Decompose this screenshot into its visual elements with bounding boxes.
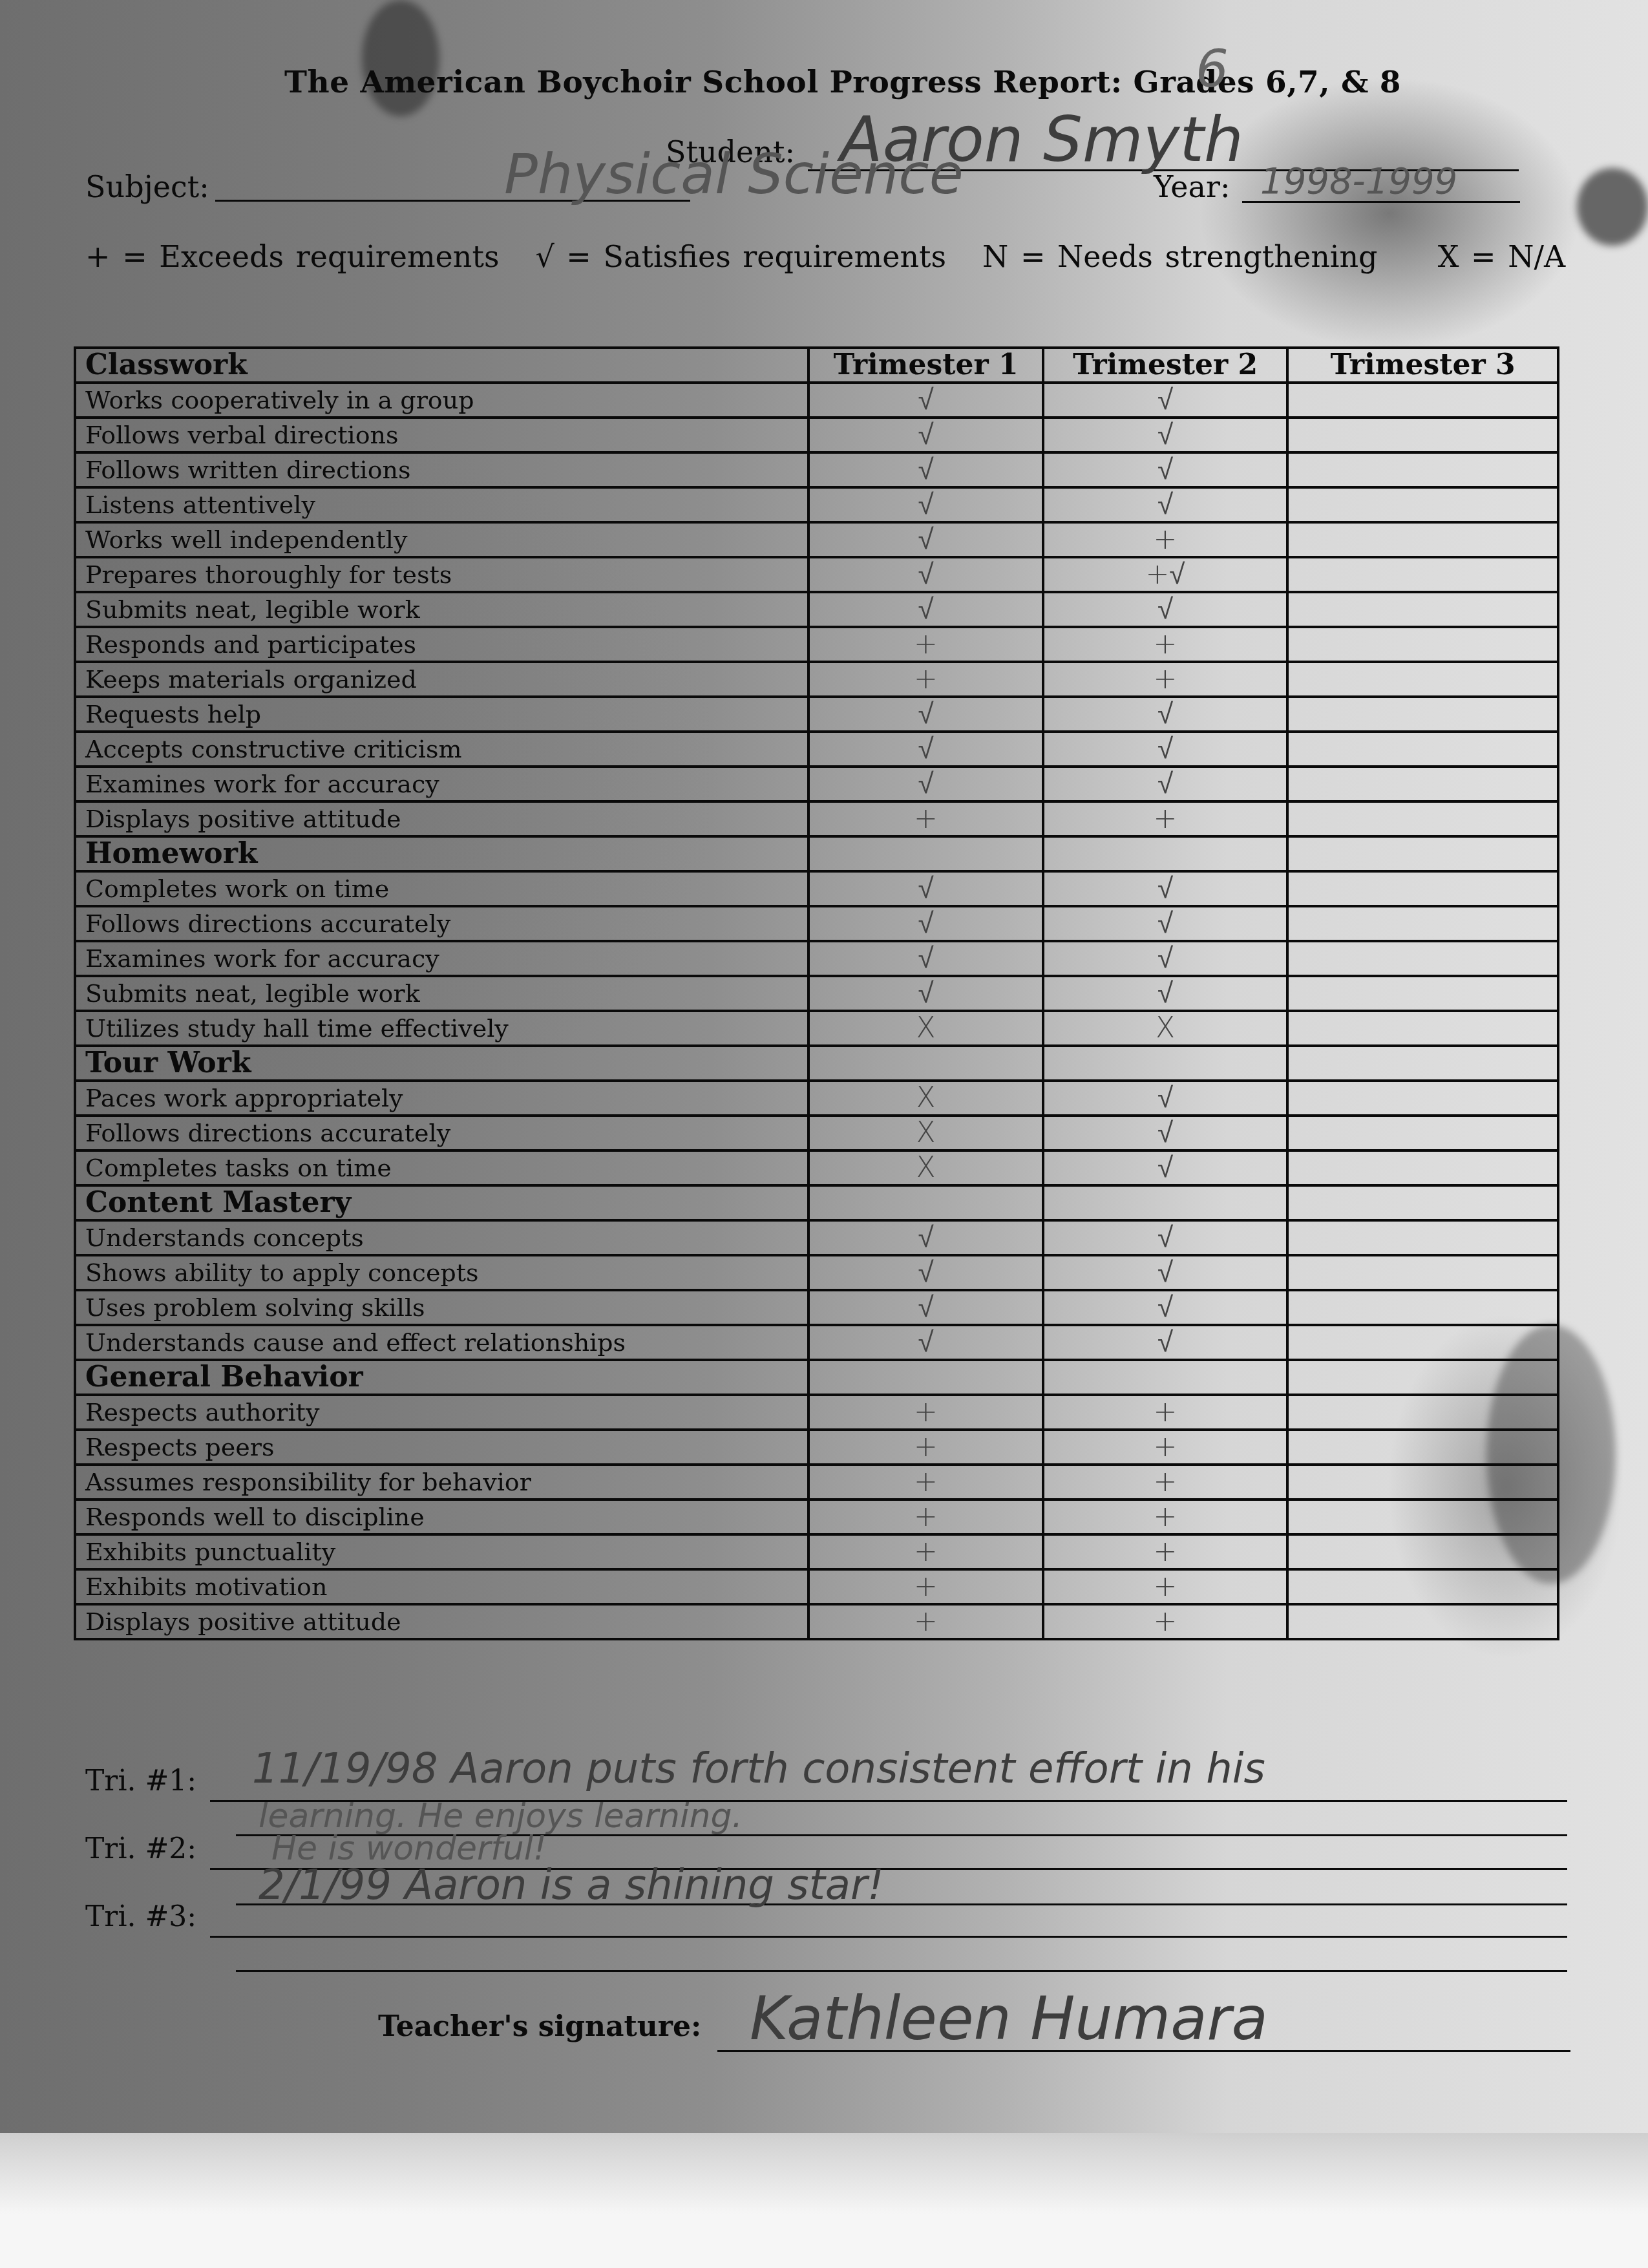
circled-grade: 6 — [1196, 39, 1229, 99]
trimester-2-mark[interactable]: √ — [1043, 941, 1287, 976]
trimester-1-mark[interactable]: + — [808, 1604, 1043, 1639]
trimester-2-mark[interactable]: √ — [1043, 383, 1287, 418]
subject-label: Subject: — [85, 169, 209, 204]
trimester-1-mark[interactable]: √ — [808, 871, 1043, 906]
trimester-2-mark[interactable]: √ — [1043, 976, 1287, 1011]
trimester-1-mark[interactable]: √ — [808, 732, 1043, 767]
trimester-2-mark[interactable]: √ — [1043, 871, 1287, 906]
trimester-1-mark[interactable]: √ — [808, 906, 1043, 941]
criterion-label: Completes work on time — [75, 871, 808, 906]
trimester-2-mark[interactable]: X — [1043, 1011, 1287, 1046]
grading-legend: + = Exceeds requirements √ = Satisfies r… — [85, 239, 1565, 274]
table-row: Follows verbal directions√√ — [75, 418, 1558, 452]
trimester-3-mark[interactable] — [1287, 1150, 1558, 1185]
criterion-label: Keeps materials organized — [75, 662, 808, 697]
criterion-label: Follows written directions — [75, 452, 808, 487]
trimester-1-mark[interactable]: X — [808, 1150, 1043, 1185]
table-row: Examines work for accuracy√√ — [75, 941, 1558, 976]
trimester-2-mark[interactable]: √ — [1043, 452, 1287, 487]
trimester-1-mark[interactable]: √ — [808, 557, 1043, 592]
table-row: Submits neat, legible work√√ — [75, 976, 1558, 1011]
empty-cell — [808, 1185, 1043, 1220]
trimester-2-mark[interactable]: + — [1043, 662, 1287, 697]
trimester-3-mark[interactable] — [1287, 871, 1558, 906]
trimester-2-mark[interactable]: √ — [1043, 1290, 1287, 1325]
trimester-3-mark[interactable] — [1287, 1500, 1558, 1534]
trimester-1-mark[interactable]: √ — [808, 1255, 1043, 1290]
criterion-label: Completes tasks on time — [75, 1150, 808, 1185]
trimester-3-mark[interactable] — [1287, 1220, 1558, 1255]
criterion-label: Submits neat, legible work — [75, 592, 808, 627]
trimester-1-mark[interactable]: + — [808, 1395, 1043, 1430]
trimester-3-mark[interactable] — [1287, 383, 1558, 418]
trimester-2-mark[interactable]: √ — [1043, 906, 1287, 941]
trimester-2-mark[interactable]: √ — [1043, 1116, 1287, 1150]
trimester-2-mark[interactable]: +√ — [1043, 557, 1287, 592]
table-row: Listens attentively√√ — [75, 487, 1558, 522]
tri2-comment-line-2[interactable]: 2/1/99 Aaron is a shining star! — [259, 1861, 884, 1909]
section-heading: Tour Work — [75, 1046, 808, 1081]
tri3-label: Tri. #3: — [85, 1900, 196, 1933]
progress-table: Classwork Trimester 1 Trimester 2 Trimes… — [74, 346, 1559, 1640]
table-row: Requests help√√ — [75, 697, 1558, 732]
trimester-3-mark[interactable] — [1287, 522, 1558, 557]
empty-cell — [808, 836, 1043, 871]
trimester-2-mark[interactable]: + — [1043, 1500, 1287, 1534]
trimester-3-mark[interactable] — [1287, 1325, 1558, 1360]
table-row: Shows ability to apply concepts√√ — [75, 1255, 1558, 1290]
trimester-2-mark[interactable]: + — [1043, 1465, 1287, 1500]
trimester-3-mark[interactable] — [1287, 1569, 1558, 1604]
trimester-2-mark[interactable]: + — [1043, 1534, 1287, 1569]
year-label: Year: — [1154, 169, 1231, 204]
trimester-2-mark[interactable]: √ — [1043, 732, 1287, 767]
table-row: Follows written directions√√ — [75, 452, 1558, 487]
table-row: Responds and participates++ — [75, 627, 1558, 662]
criterion-label: Requests help — [75, 697, 808, 732]
column-header-trimester-2: Trimester 2 — [1043, 348, 1287, 383]
empty-cell — [1287, 1185, 1558, 1220]
trimester-2-mark[interactable]: + — [1043, 1430, 1287, 1465]
trimester-2-mark[interactable]: √ — [1043, 1325, 1287, 1360]
legend-needs: N = Needs strengthening — [982, 239, 1378, 274]
trimester-3-mark[interactable] — [1287, 732, 1558, 767]
teacher-signature[interactable]: Kathleen Humara — [750, 1984, 1268, 2053]
criterion-label: Uses problem solving skills — [75, 1290, 808, 1325]
trimester-1-mark[interactable]: √ — [808, 1220, 1043, 1255]
trimester-1-mark[interactable]: X — [808, 1081, 1043, 1116]
trimester-1-mark[interactable]: √ — [808, 1290, 1043, 1325]
trimester-3-mark[interactable] — [1287, 1290, 1558, 1325]
tri1-comment-line-1[interactable]: 11/19/98 Aaron puts forth consistent eff… — [252, 1745, 1265, 1793]
criterion-label: Respects peers — [75, 1430, 808, 1465]
table-row: Works well independently√+ — [75, 522, 1558, 557]
empty-cell — [1043, 1360, 1287, 1395]
trimester-3-mark[interactable] — [1287, 1604, 1558, 1639]
trimester-1-mark[interactable]: + — [808, 1500, 1043, 1534]
table-row: Paces work appropriatelyX√ — [75, 1081, 1558, 1116]
trimester-3-mark[interactable] — [1287, 1011, 1558, 1046]
criterion-label: Listens attentively — [75, 487, 808, 522]
trimester-1-mark[interactable]: √ — [808, 976, 1043, 1011]
trimester-2-mark[interactable]: + — [1043, 627, 1287, 662]
legend-satisfies: √ = Satisfies requirements — [535, 239, 946, 274]
trimester-3-mark[interactable] — [1287, 662, 1558, 697]
criterion-label: Displays positive attitude — [75, 801, 808, 836]
table-row: Displays positive attitude++ — [75, 801, 1558, 836]
trimester-2-mark[interactable]: √ — [1043, 1081, 1287, 1116]
criterion-label: Accepts constructive criticism — [75, 732, 808, 767]
table-row: Assumes responsibility for behavior++ — [75, 1465, 1558, 1500]
legend-exceeds: + = Exceeds requirements — [85, 239, 500, 274]
table-row: Utilizes study hall time effectivelyXX — [75, 1011, 1558, 1046]
trimester-1-mark[interactable]: X — [808, 1116, 1043, 1150]
header-row: Classwork Trimester 1 Trimester 2 Trimes… — [75, 348, 1558, 383]
section-row: Content Mastery — [75, 1185, 1558, 1220]
section-heading: General Behavior — [75, 1360, 808, 1395]
table-row: Submits neat, legible work√√ — [75, 592, 1558, 627]
column-header-trimester-1: Trimester 1 — [808, 348, 1043, 383]
table-row: Completes work on time√√ — [75, 871, 1558, 906]
legend-na: X = N/A — [1438, 239, 1566, 274]
trimester-2-mark[interactable]: √ — [1043, 592, 1287, 627]
criterion-label: Follows directions accurately — [75, 906, 808, 941]
table-row: Follows directions accurately√√ — [75, 906, 1558, 941]
trimester-3-mark[interactable] — [1287, 697, 1558, 732]
trimester-3-mark[interactable] — [1287, 801, 1558, 836]
section-heading: Homework — [75, 836, 808, 871]
tri2-label: Tri. #2: — [85, 1832, 196, 1865]
criterion-label: Paces work appropriately — [75, 1081, 808, 1116]
trimester-1-mark[interactable]: + — [808, 1534, 1043, 1569]
table-row: Follows directions accuratelyX√ — [75, 1116, 1558, 1150]
criterion-label: Responds and participates — [75, 627, 808, 662]
trimester-1-mark[interactable]: + — [808, 1430, 1043, 1465]
trimester-2-mark[interactable]: + — [1043, 1395, 1287, 1430]
criterion-label: Understands cause and effect relationshi… — [75, 1325, 808, 1360]
trimester-3-mark[interactable] — [1287, 487, 1558, 522]
table-row: Prepares thoroughly for tests√+√ — [75, 557, 1558, 592]
trimester-3-mark[interactable] — [1287, 1255, 1558, 1290]
criterion-label: Understands concepts — [75, 1220, 808, 1255]
table-row: Displays positive attitude++ — [75, 1604, 1558, 1639]
trimester-1-mark[interactable]: √ — [808, 522, 1043, 557]
criterion-label: Exhibits punctuality — [75, 1534, 808, 1569]
table-row: Completes tasks on timeX√ — [75, 1150, 1558, 1185]
empty-cell — [1287, 1360, 1558, 1395]
empty-cell — [1043, 1046, 1287, 1081]
criterion-label: Displays positive attitude — [75, 1604, 808, 1639]
trimester-1-mark[interactable]: + — [808, 1465, 1043, 1500]
year-value[interactable]: 1998-1999 — [1260, 160, 1457, 202]
table-row: Keeps materials organized++ — [75, 662, 1558, 697]
empty-cell — [808, 1360, 1043, 1395]
tri1-label: Tri. #1: — [85, 1765, 196, 1797]
trimester-1-mark[interactable]: + — [808, 627, 1043, 662]
section-heading: Classwork — [75, 348, 808, 383]
trimester-2-mark[interactable]: √ — [1043, 1255, 1287, 1290]
trimester-1-mark[interactable]: √ — [808, 767, 1043, 801]
trimester-3-mark[interactable] — [1287, 1395, 1558, 1430]
column-header-trimester-3: Trimester 3 — [1287, 348, 1558, 383]
trimester-1-mark[interactable]: X — [808, 1011, 1043, 1046]
criterion-label: Follows verbal directions — [75, 418, 808, 452]
trimester-3-mark[interactable] — [1287, 592, 1558, 627]
trimester-2-mark[interactable]: + — [1043, 1604, 1287, 1639]
trimester-3-mark[interactable] — [1287, 1534, 1558, 1569]
trimester-1-mark[interactable]: √ — [808, 697, 1043, 732]
signature-label: Teacher's signature: — [378, 2010, 701, 2043]
table-row: Examines work for accuracy√√ — [75, 767, 1558, 801]
trimester-3-mark[interactable] — [1287, 557, 1558, 592]
table-row: Works cooperatively in a group√√ — [75, 383, 1558, 418]
section-row: General Behavior — [75, 1360, 1558, 1395]
trimester-3-mark[interactable] — [1287, 452, 1558, 487]
table-row: Accepts constructive criticism√√ — [75, 732, 1558, 767]
table-row: Understands concepts√√ — [75, 1220, 1558, 1255]
criterion-label: Exhibits motivation — [75, 1569, 808, 1604]
tri3-line-1[interactable] — [210, 1936, 1567, 1938]
table-row: Respects peers++ — [75, 1430, 1558, 1465]
criterion-label: Works cooperatively in a group — [75, 383, 808, 418]
trimester-3-mark[interactable] — [1287, 1116, 1558, 1150]
trimester-1-mark[interactable]: √ — [808, 383, 1043, 418]
empty-cell — [1287, 836, 1558, 871]
criterion-label: Respects authority — [75, 1395, 808, 1430]
empty-cell — [1287, 1046, 1558, 1081]
table-row: Exhibits motivation++ — [75, 1569, 1558, 1604]
tri3-line-2[interactable] — [236, 1970, 1567, 1972]
subject-value[interactable]: Physical Science — [504, 142, 964, 207]
section-heading: Content Mastery — [75, 1185, 808, 1220]
report-title: The American Boychoir School Progress Re… — [284, 65, 1401, 100]
table-row: Responds well to discipline++ — [75, 1500, 1558, 1534]
trimester-3-mark[interactable] — [1287, 941, 1558, 976]
empty-cell — [1043, 836, 1287, 871]
criterion-label: Utilizes study hall time effectively — [75, 1011, 808, 1046]
trimester-2-mark[interactable]: + — [1043, 1569, 1287, 1604]
trimester-1-mark[interactable]: + — [808, 1569, 1043, 1604]
criterion-label: Responds well to discipline — [75, 1500, 808, 1534]
ink-stain — [1577, 168, 1648, 246]
criterion-label: Prepares thoroughly for tests — [75, 557, 808, 592]
trimester-1-mark[interactable]: + — [808, 801, 1043, 836]
table-row: Exhibits punctuality++ — [75, 1534, 1558, 1569]
trimester-2-mark[interactable]: √ — [1043, 418, 1287, 452]
section-row: Tour Work — [75, 1046, 1558, 1081]
criterion-label: Shows ability to apply concepts — [75, 1255, 808, 1290]
trimester-2-mark[interactable]: + — [1043, 522, 1287, 557]
table-row: Respects authority++ — [75, 1395, 1558, 1430]
trimester-1-mark[interactable]: √ — [808, 1325, 1043, 1360]
trimester-2-mark[interactable]: √ — [1043, 697, 1287, 732]
section-row: Homework — [75, 836, 1558, 871]
criterion-label: Examines work for accuracy — [75, 767, 808, 801]
criterion-label: Examines work for accuracy — [75, 941, 808, 976]
trimester-1-mark[interactable]: √ — [808, 941, 1043, 976]
trimester-3-mark[interactable] — [1287, 418, 1558, 452]
empty-cell — [1043, 1185, 1287, 1220]
trimester-1-mark[interactable]: √ — [808, 418, 1043, 452]
trimester-3-mark[interactable] — [1287, 627, 1558, 662]
trimester-1-mark[interactable]: √ — [808, 487, 1043, 522]
trimester-3-mark[interactable] — [1287, 976, 1558, 1011]
trimester-2-mark[interactable]: √ — [1043, 1150, 1287, 1185]
trimester-3-mark[interactable] — [1287, 767, 1558, 801]
trimester-1-mark[interactable]: + — [808, 662, 1043, 697]
criterion-label: Submits neat, legible work — [75, 976, 808, 1011]
table-row: Understands cause and effect relationshi… — [75, 1325, 1558, 1360]
trimester-1-mark[interactable]: √ — [808, 592, 1043, 627]
paper-bottom-margin — [0, 2133, 1648, 2268]
criterion-label: Works well independently — [75, 522, 808, 557]
trimester-2-mark[interactable]: √ — [1043, 1220, 1287, 1255]
trimester-3-mark[interactable] — [1287, 1430, 1558, 1465]
criterion-label: Follows directions accurately — [75, 1116, 808, 1150]
trimester-3-mark[interactable] — [1287, 1081, 1558, 1116]
empty-cell — [808, 1046, 1043, 1081]
criterion-label: Assumes responsibility for behavior — [75, 1465, 808, 1500]
table-row: Uses problem solving skills√√ — [75, 1290, 1558, 1325]
trimester-1-mark[interactable]: √ — [808, 452, 1043, 487]
trimester-3-mark[interactable] — [1287, 1465, 1558, 1500]
trimester-2-mark[interactable]: √ — [1043, 767, 1287, 801]
trimester-2-mark[interactable]: + — [1043, 801, 1287, 836]
trimester-2-mark[interactable]: √ — [1043, 487, 1287, 522]
trimester-3-mark[interactable] — [1287, 906, 1558, 941]
